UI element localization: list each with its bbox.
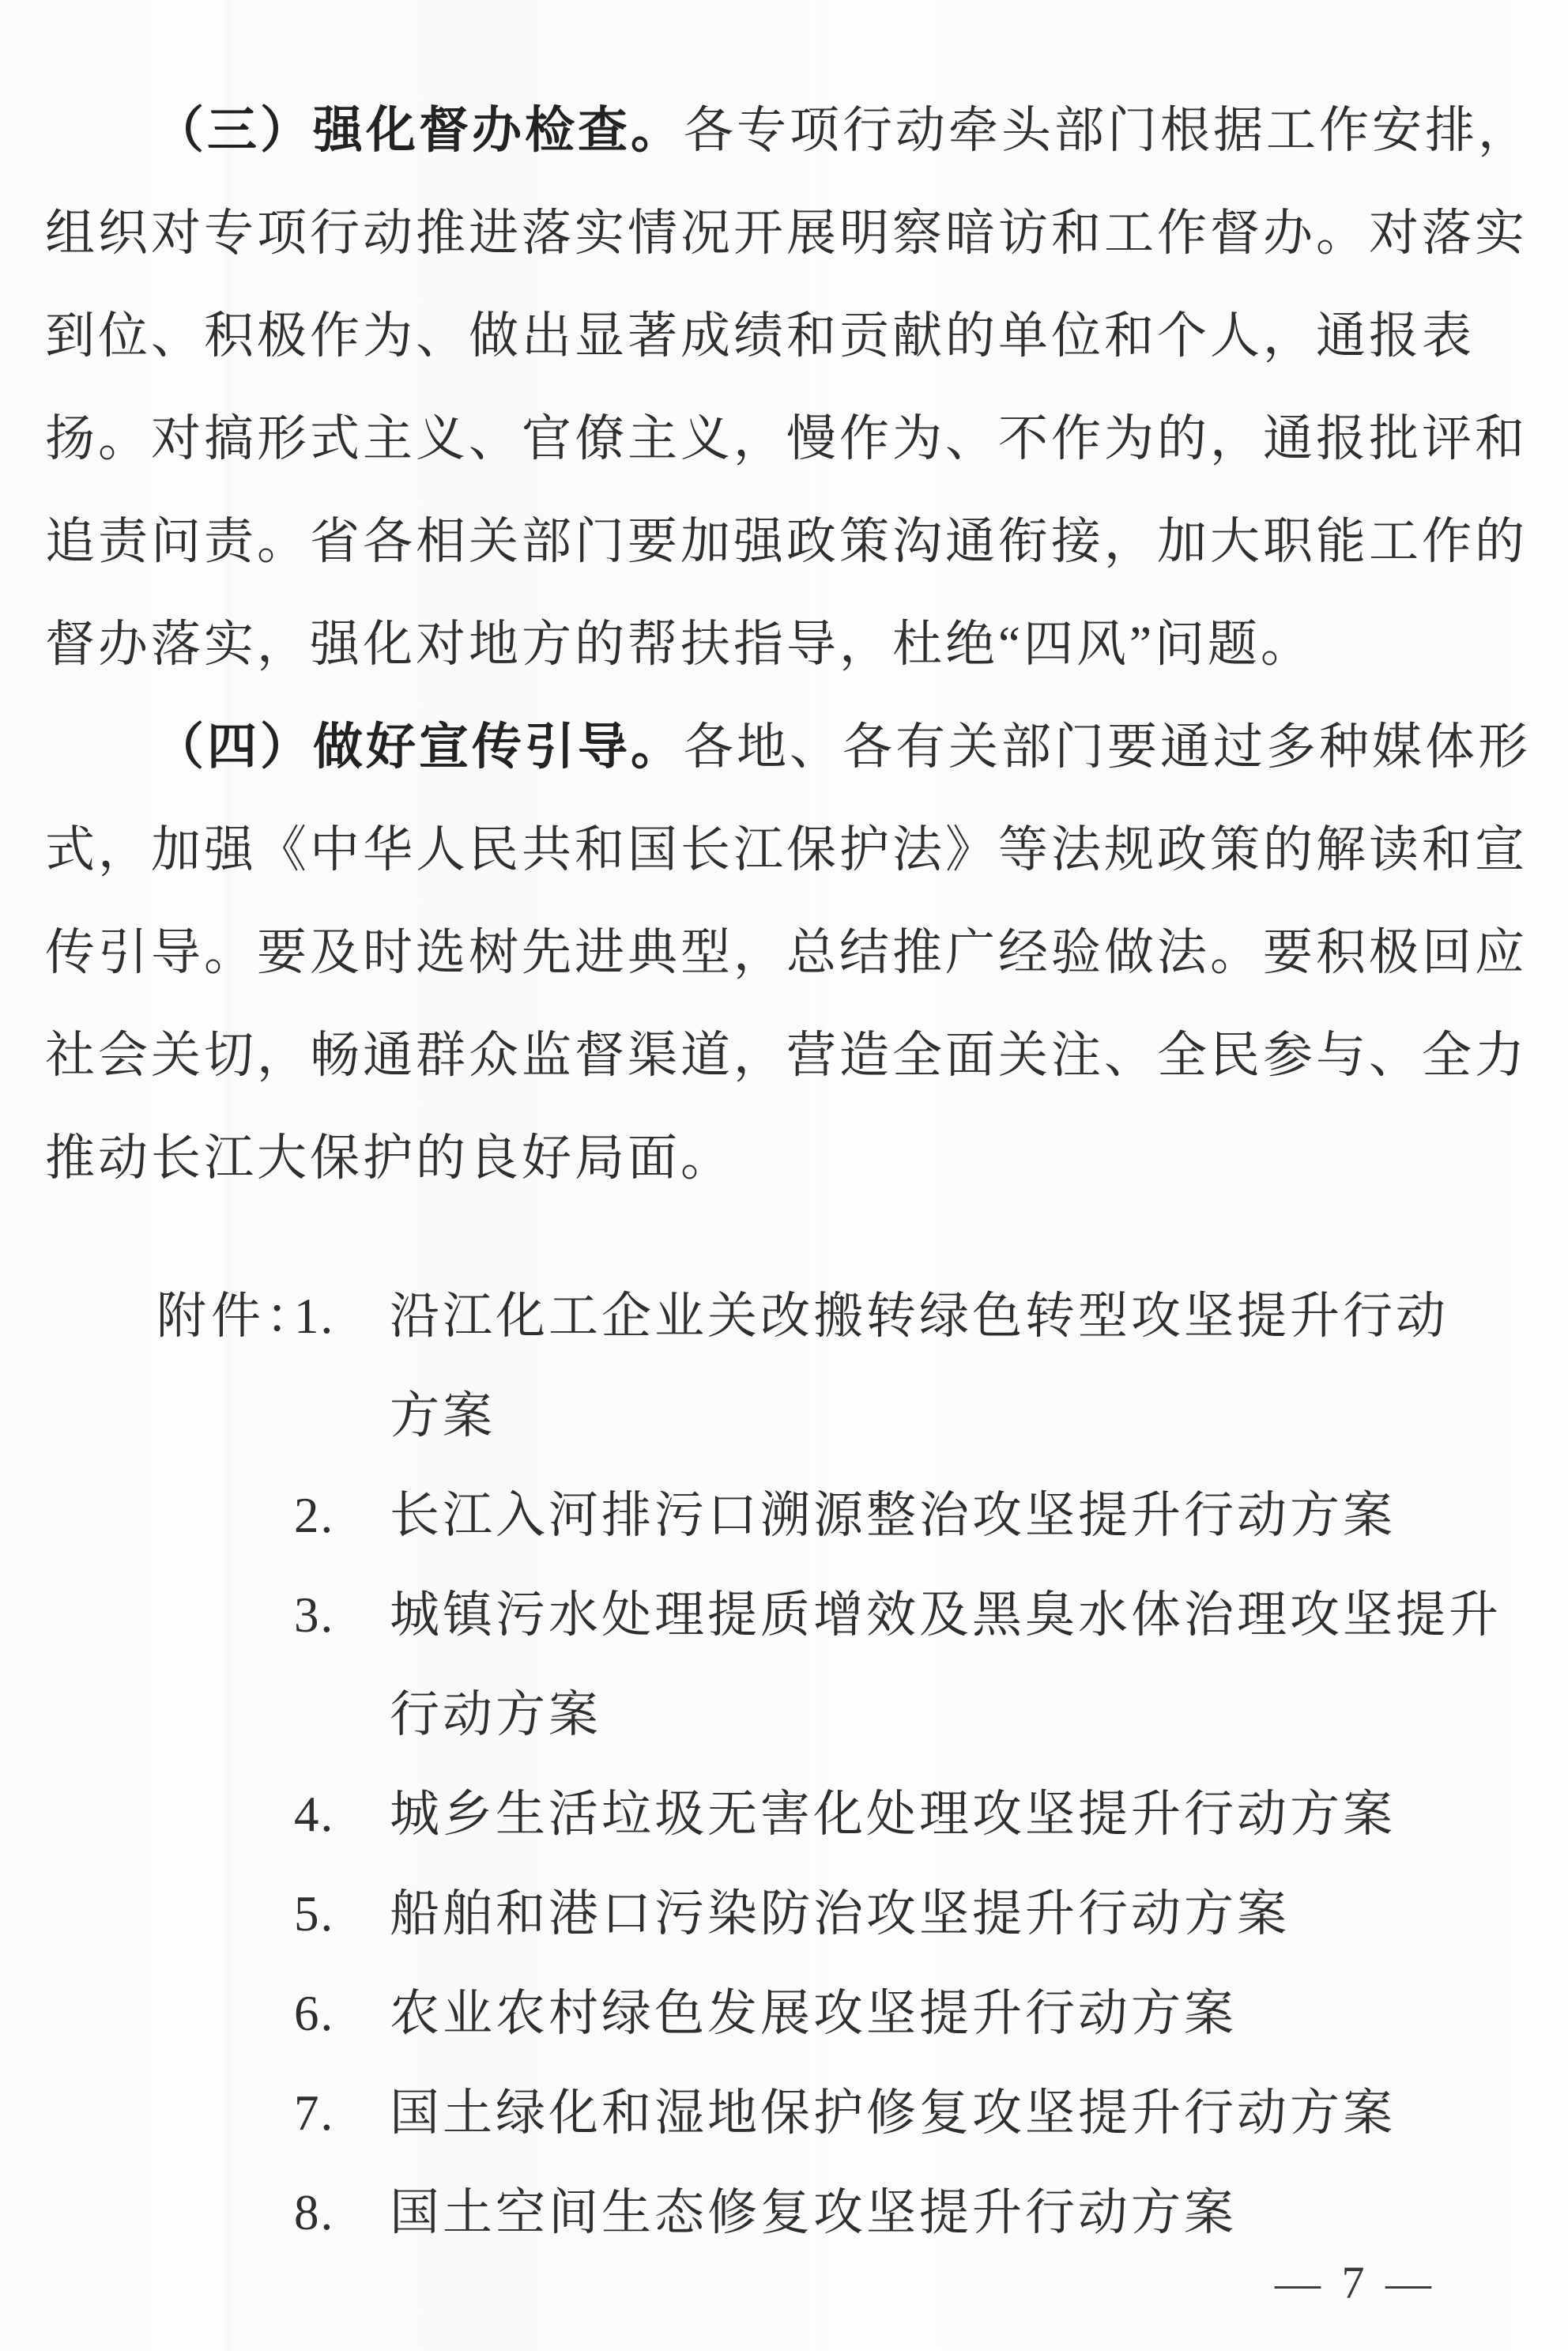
body-line: （四）做好宣传引导。各地、各有关部门要通过多种媒体形 — [45, 696, 1525, 798]
body-line: 组织对专项行动推进落实情况开展明察暗访和工作督办。对落实 — [45, 182, 1525, 285]
attachment-title-continued: 行动方案 — [390, 1687, 601, 1742]
attachment-title: 船舶和港口污染防治攻坚提升行动方案 — [390, 1886, 1290, 1942]
attachment-item-1: 附件： 1. 沿江化工企业关改搬转绿色转型攻坚提升行动 — [45, 1266, 1525, 1366]
attachment-item-1-wrap: 方案 — [45, 1366, 1525, 1466]
attachment-item-3: 3. 城镇污水处理提质增效及黑臭水体治理攻坚提升 — [45, 1565, 1525, 1665]
body-line: 督办落实，强化对地方的帮扶指导，杜绝“四风”问题。 — [45, 593, 1525, 696]
attachment-number: 5. — [294, 1864, 334, 1964]
attachment-title: 城镇污水处理提质增效及黑臭水体治理攻坚提升 — [390, 1587, 1502, 1643]
attachment-number: 4. — [294, 1764, 334, 1864]
attachment-title: 国土绿化和湿地保护修复攻坚提升行动方案 — [390, 2085, 1396, 2141]
paragraph-3-heading: （三）强化督办检查。 — [154, 103, 684, 158]
attachment-item-2: 2. 长江入河排污口溯源整治攻坚提升行动方案 — [45, 1466, 1525, 1565]
attachment-title: 农业农村绿色发展攻坚提升行动方案 — [390, 1986, 1237, 2041]
document-body: （三）强化督办检查。各专项行动牵头部门根据工作安排， 组织对专项行动推进落实情况… — [45, 79, 1525, 2262]
attachment-number: 7. — [294, 2063, 334, 2163]
attachment-title: 长江入河排污口溯源整治攻坚提升行动方案 — [390, 1488, 1396, 1543]
paragraph-3: （三）强化督办检查。各专项行动牵头部门根据工作安排， 组织对专项行动推进落实情况… — [45, 79, 1525, 696]
attachment-title: 沿江化工企业关改搬转绿色转型攻坚提升行动 — [390, 1289, 1449, 1344]
attachment-item-6: 6. 农业农村绿色发展攻坚提升行动方案 — [45, 1964, 1525, 2063]
body-line: 传引导。要及时选树先进典型，总结推广经验做法。要积极回应 — [45, 901, 1525, 1004]
body-line: 追责问责。省各相关部门要加强政策沟通衔接，加大职能工作的 — [45, 490, 1525, 593]
attachment-number: 1. — [294, 1266, 334, 1366]
paragraph-4-text: 各地、各有关部门要通过多种媒体形 — [684, 719, 1531, 775]
scanned-document-page: （三）强化督办检查。各专项行动牵头部门根据工作安排， 组织对专项行动推进落实情况… — [0, 0, 1568, 2351]
body-line: （三）强化督办检查。各专项行动牵头部门根据工作安排， — [45, 79, 1525, 182]
paragraph-4-heading: （四）做好宣传引导。 — [154, 719, 684, 775]
attachment-item-8: 8. 国土空间生态修复攻坚提升行动方案 — [45, 2163, 1525, 2262]
attachment-number: 8. — [294, 2163, 334, 2262]
attachment-item-7: 7. 国土绿化和湿地保护修复攻坚提升行动方案 — [45, 2063, 1525, 2163]
paragraph-3-text: 各专项行动牵头部门根据工作安排， — [684, 103, 1531, 158]
body-line: 扬。对搞形式主义、官僚主义，慢作为、不作为的，通报批评和 — [45, 387, 1525, 490]
attachment-number: 2. — [294, 1466, 334, 1565]
attachment-number: 6. — [294, 1964, 334, 2063]
page-number: — 7 — — [1257, 2251, 1454, 2315]
attachment-title-continued: 方案 — [390, 1388, 496, 1443]
attachment-title: 国土空间生态修复攻坚提升行动方案 — [390, 2185, 1237, 2240]
attachment-item-5: 5. 船舶和港口污染防治攻坚提升行动方案 — [45, 1864, 1525, 1964]
body-line: 推动长江大保护的良好局面。 — [45, 1107, 1525, 1209]
body-line: 社会关切，畅通群众监督渠道，营造全面关注、全民参与、全力 — [45, 1004, 1525, 1107]
attachment-item-4: 4. 城乡生活垃圾无害化处理攻坚提升行动方案 — [45, 1764, 1525, 1864]
attachment-number: 3. — [294, 1565, 334, 1665]
section-gap — [45, 1209, 1525, 1266]
attachment-title: 城乡生活垃圾无害化处理攻坚提升行动方案 — [390, 1787, 1396, 1842]
body-line: 式，加强《中华人民共和国长江保护法》等法规政策的解读和宣 — [45, 798, 1525, 901]
paragraph-4: （四）做好宣传引导。各地、各有关部门要通过多种媒体形 式，加强《中华人民共和国长… — [45, 696, 1525, 1209]
attachment-item-3-wrap: 行动方案 — [45, 1665, 1525, 1764]
body-line: 到位、积极作为、做出显著成绩和贡献的单位和个人，通报表 — [45, 285, 1525, 387]
attachment-list: 附件： 1. 沿江化工企业关改搬转绿色转型攻坚提升行动 方案 2. 长江入河排污… — [45, 1266, 1525, 2262]
